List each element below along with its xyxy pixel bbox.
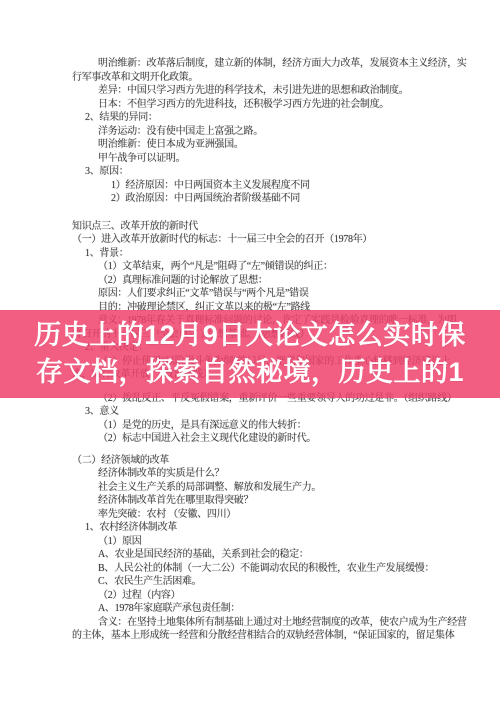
doc-line: 原因：人们要求纠正“文革”错误与“两个凡是”错误 [72, 287, 444, 301]
doc-line: 的主体，基本上形成统一经营和分散经营相结合的双轨经营体制，“保证国家的，留足集体 [72, 629, 444, 643]
doc-line: 行军事改革和文明开化政策。 [72, 71, 444, 85]
overlay-title-line-1: 历史上的12月9日大论文怎么实时保 [34, 317, 466, 354]
doc-line: （一）进入改革开放新时代的标志：十一届三中全会的召开（1978年） [72, 233, 444, 247]
doc-line: （1）是党的历史，是具有深远意义的伟大转折： [72, 419, 444, 433]
doc-line: （2）真理标准问题的讨论解放了思想： [72, 274, 444, 288]
screenshot-root: 明治维新：改革落后制度，建立新的体制，经济方面大力改革，发展资本主义经济，实行军… [0, 0, 500, 707]
doc-line: 2）政治原因：中日两国统治者阶级基础不同 [72, 192, 444, 206]
doc-line: 洋务运动：没有使中国走上富强之路。 [72, 125, 444, 139]
doc-line: 率先突破：农村 （安徽、四川） [72, 508, 444, 522]
doc-line: A、农业是国民经济的基础，关系到社会的稳定： [72, 548, 444, 562]
doc-line: 知识点三、改革开放的新时代 [72, 220, 444, 234]
doc-line: （二）经济领域的改革 [72, 454, 444, 468]
overlay-title-line-2: 存文档，探索自然秘境，历史上的1 [36, 354, 464, 391]
doc-line: A、1978年家庭联产承包责任制： [72, 602, 444, 616]
doc-line: 经济体制改革首先在哪里取得突破？ [72, 494, 444, 508]
doc-line: 3、意义 [72, 405, 444, 419]
doc-line: 社会主义生产关系的局部调整、解放和发展生产力。 [72, 481, 444, 495]
doc-line: 明治维新：使日本成为亚洲强国。 [72, 138, 444, 152]
doc-line: C、农民生产生活困难。 [72, 575, 444, 589]
doc-line: （2）过程（内容） [72, 589, 444, 603]
doc-line: 明治维新：改革落后制度，建立新的体制，经济方面大力改革，发展资本主义经济，实 [72, 57, 444, 71]
doc-line: （1）文革结束，两个“凡是”阻碍了“左”倾错误的纠正： [72, 260, 444, 274]
doc-line: （2）标志中国进入社会主义现代化建设的新时代。 [72, 432, 444, 446]
doc-line: B、人民公社的体制（一大二公）不能调动农民的积极性，农业生产发展缓慢： [72, 562, 444, 576]
doc-line: 含义：在坚持土地集体所有制基础上通过对土地经营制度的改革，使农户成为生产经营 [72, 616, 444, 630]
doc-line: 1）经济原因：中日两国资本主义发展程度不同 [72, 179, 444, 193]
doc-line: 2、结果的异同： [72, 111, 444, 125]
doc-line: 日本：不但学习西方的先进科技，还积极学习西方先进的社会制度。 [72, 98, 444, 112]
doc-line: 1、背景： [72, 247, 444, 261]
doc-line: 经济体制改革的实质是什么？ [72, 467, 444, 481]
doc-line: 3、原因： [72, 165, 444, 179]
doc-line: 1、农村经济体制改革 [72, 521, 444, 535]
title-overlay-banner: 历史上的12月9日大论文怎么实时保 存文档，探索自然秘境，历史上的1 [0, 310, 500, 398]
doc-line: 差异：中国只学习西方先进的科学技术，未引进先进的思想和政治制度。 [72, 84, 444, 98]
doc-line: 甲午战争可以证明。 [72, 152, 444, 166]
doc-line: （1）原因 [72, 535, 444, 549]
